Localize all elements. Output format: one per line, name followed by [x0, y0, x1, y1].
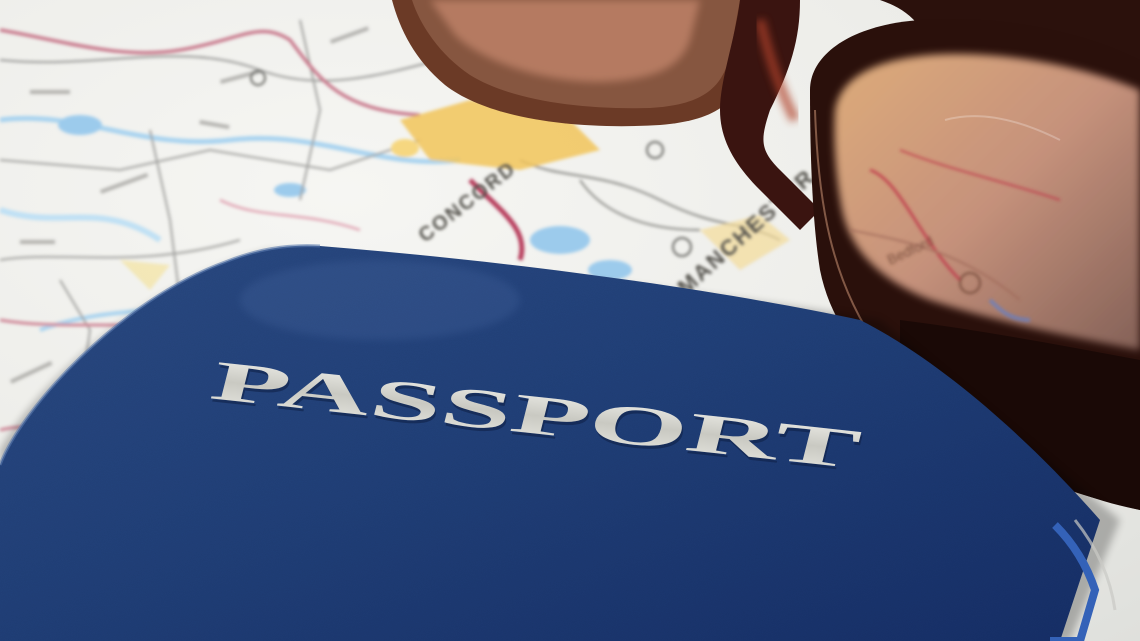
passport: PASSPORT PASSPORT	[0, 0, 1140, 641]
photo-scene: CONCORD MANCHESTER Bed	[0, 0, 1140, 641]
